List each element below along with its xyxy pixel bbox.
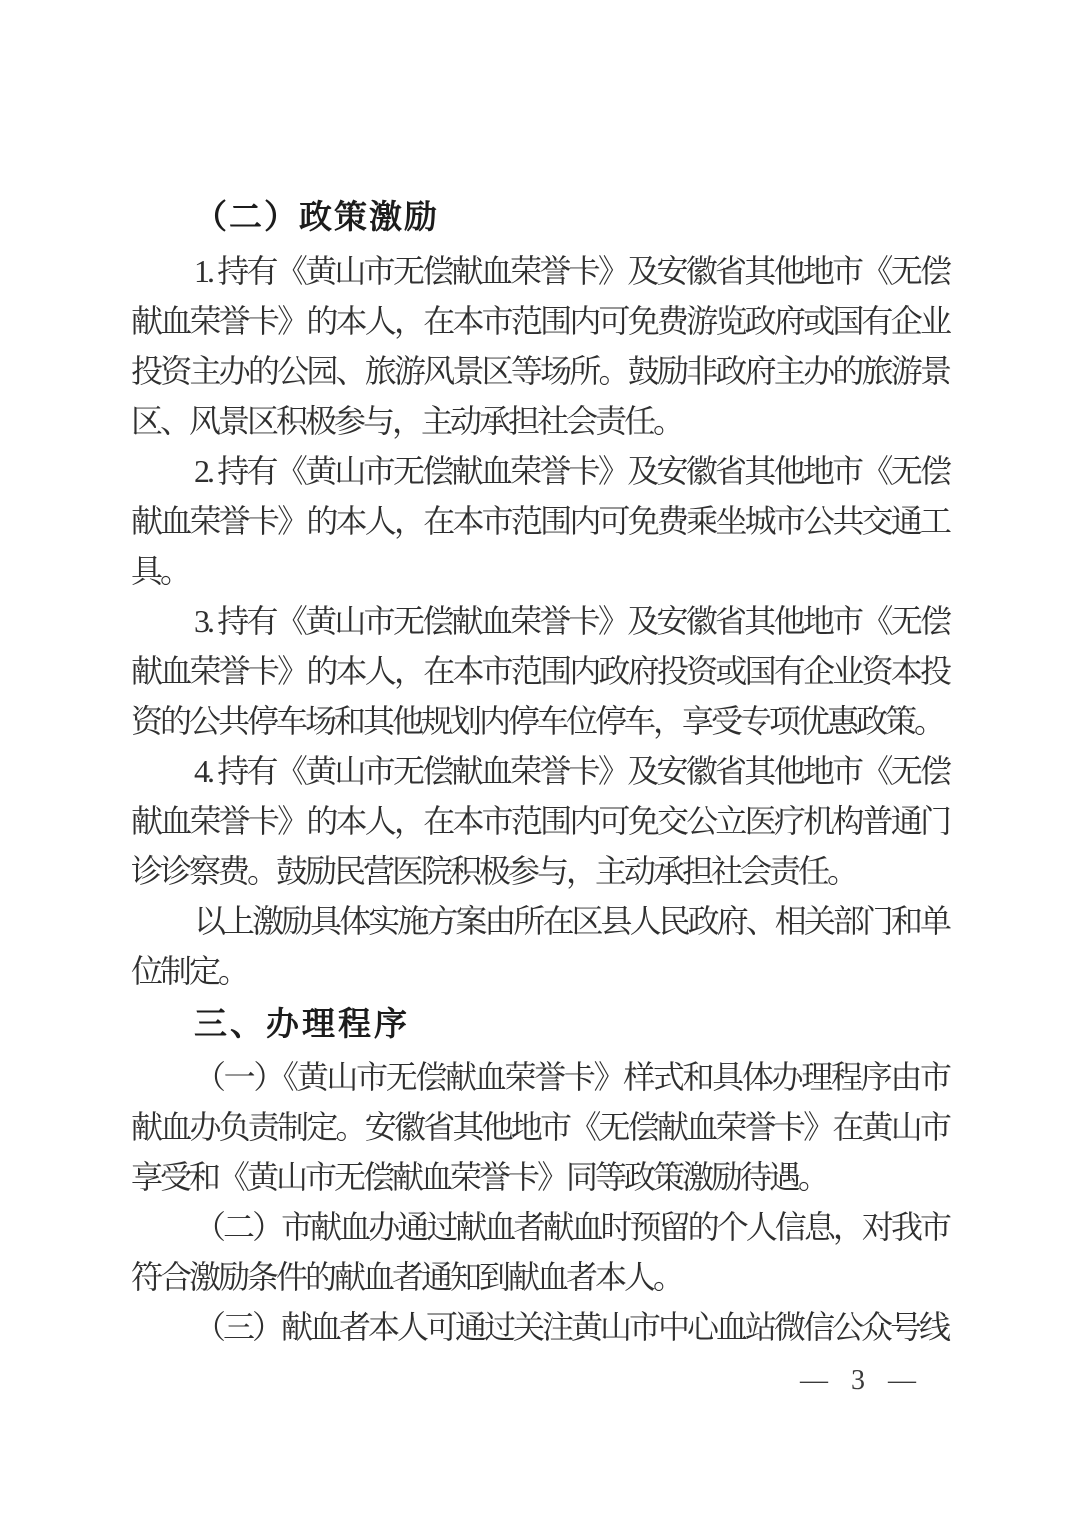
- policy-item-2: 2. 持有《黄山市无偿献血荣誉卡》及安徽省其他地市《无偿献血荣誉卡》的本人，在本…: [131, 446, 949, 596]
- policy-item-1: 1. 持有《黄山市无偿献血荣誉卡》及安徽省其他地市《无偿献血荣誉卡》的本人，在本…: [131, 246, 949, 446]
- procedure-item-3: （三）献血者本人可通过关注黄山市中心血站微信公众号线: [131, 1302, 949, 1352]
- policy-implementation-note: 以上激励具体实施方案由所在区县人民政府、相关部门和单位制定。: [131, 896, 949, 996]
- section-heading-policy-incentives: （二）政策激励: [131, 190, 949, 246]
- policy-item-3: 3. 持有《黄山市无偿献血荣誉卡》及安徽省其他地市《无偿献血荣誉卡》的本人，在本…: [131, 596, 949, 746]
- document-body: （二）政策激励 1. 持有《黄山市无偿献血荣誉卡》及安徽省其他地市《无偿献血荣誉…: [131, 190, 949, 1352]
- section-heading-procedures: 三、办理程序: [131, 996, 949, 1052]
- policy-item-4: 4. 持有《黄山市无偿献血荣誉卡》及安徽省其他地市《无偿献血荣誉卡》的本人，在本…: [131, 746, 949, 896]
- procedure-item-2: （二）市献血办通过献血者献血时预留的个人信息，对我市符合激励条件的献血者通知到献…: [131, 1202, 949, 1302]
- page-number: — 3 —: [800, 1365, 916, 1396]
- document-page: （二）政策激励 1. 持有《黄山市无偿献血荣誉卡》及安徽省其他地市《无偿献血荣誉…: [0, 0, 1080, 1527]
- procedure-item-1: （一）《黄山市无偿献血荣誉卡》样式和具体办理程序由市献血办负责制定。安徽省其他地…: [131, 1052, 949, 1202]
- page-footer: — 3 —: [800, 1363, 1000, 1399]
